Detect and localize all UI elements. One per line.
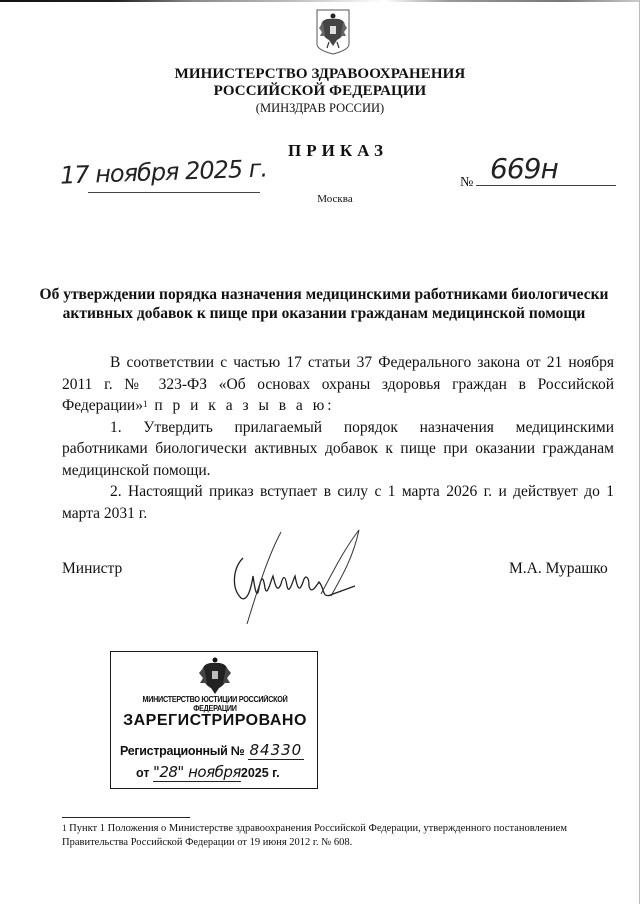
- stamp-registration-number: Регистрационный № 84330: [120, 741, 304, 759]
- order-date-handwritten: 17 ноября 2025 г.: [60, 154, 268, 189]
- stamp-date-handwritten: "28" ноября: [153, 763, 241, 782]
- document-title: Об утверждении порядка назначения медици…: [36, 285, 612, 323]
- order-item-2: 2. Настоящий приказ вступает в силу с 1 …: [62, 481, 614, 524]
- stamp-reg-number: 84330: [248, 741, 305, 760]
- footnote-marker: 1: [62, 823, 67, 833]
- scan-edge-top: [0, 0, 640, 2]
- document-body: В соответствии с частью 17 статьи 37 Фед…: [62, 352, 614, 524]
- order-city: Москва: [0, 193, 640, 205]
- stamp-date-year: 2025 г.: [241, 766, 280, 780]
- stamp-registration-date: от "28" ноября2025 г.: [136, 763, 280, 781]
- ministry-name-line1: МИНИСТЕРСТВО ЗДРАВООХРАНЕНИЯ: [0, 66, 640, 83]
- order-number-label: №: [460, 175, 473, 191]
- signer-name: М.А. Мурашко: [509, 560, 608, 578]
- stamp-date-prefix: от: [136, 766, 149, 780]
- footnote-separator: [62, 817, 190, 818]
- ministry-name-line2: РОССИЙСКОЙ ФЕДЕРАЦИИ: [0, 83, 640, 100]
- preamble-paragraph: В соответствии с частью 17 статьи 37 Фед…: [62, 352, 614, 417]
- footnote: 1 Пункт 1 Положения о Министерстве здрав…: [62, 822, 610, 850]
- order-item-1: 1. Утвердить прилагаемый порядок назначе…: [62, 417, 614, 482]
- footnote-text: Пункт 1 Положения о Министерстве здравоо…: [62, 823, 567, 848]
- handwritten-signature-icon: [225, 528, 375, 628]
- signer-role: Министр: [62, 560, 122, 578]
- footnote-ref: 1: [143, 399, 148, 409]
- stamp-coat-of-arms-icon: [198, 655, 232, 695]
- number-underline: [476, 185, 616, 186]
- ministry-short-name: (МИНЗДРАВ РОССИИ): [0, 101, 640, 116]
- order-number-handwritten: 669н: [490, 152, 558, 185]
- stamp-reg-label: Регистрационный №: [120, 744, 244, 758]
- russian-coat-of-arms-icon: [315, 8, 351, 56]
- stamp-authority: МИНИСТЕРСТВО ЮСТИЦИИ РОССИЙСКОЙ ФЕДЕРАЦИ…: [122, 695, 307, 713]
- preamble-command: п р и к а з ы в а ю:: [147, 397, 334, 414]
- stamp-status: ЗАРЕГИСТРИРОВАНО: [112, 712, 318, 730]
